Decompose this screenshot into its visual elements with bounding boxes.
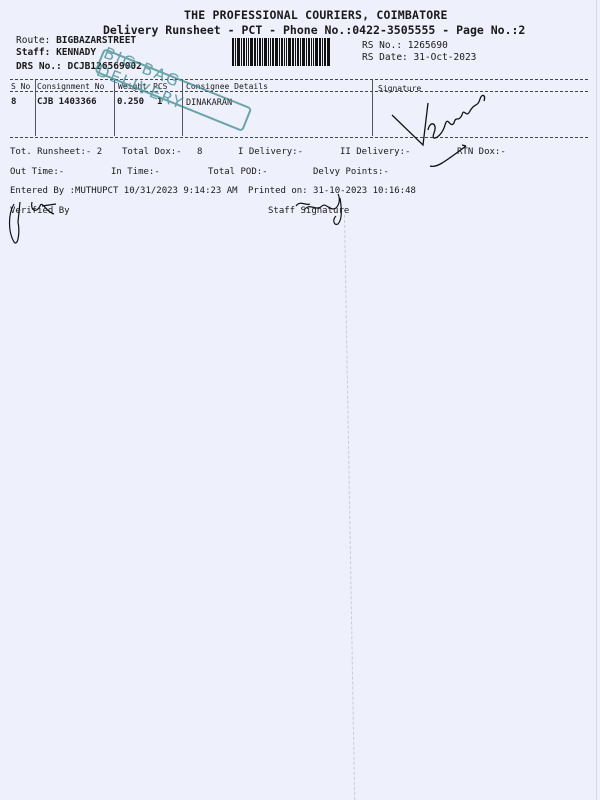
barcode-icon xyxy=(232,38,352,66)
column-divider xyxy=(114,80,115,136)
ii-delivery: II Delivery:- xyxy=(340,147,410,157)
route-line: Route: BIGBAZARSTREET xyxy=(16,35,136,46)
in-time: In Time:- xyxy=(111,167,160,177)
out-time: Out Time:- xyxy=(10,167,64,177)
cell-weight: 0.250 xyxy=(117,97,144,107)
checkmark-icon xyxy=(428,140,468,170)
rs-date: RS Date: 31-Oct-2023 xyxy=(362,52,476,63)
fold-line xyxy=(344,215,355,800)
runsheet-title: Delivery Runsheet - PCT - Phone No.:0422… xyxy=(103,23,525,37)
total-dox-value: 8 xyxy=(197,147,202,157)
cell-sno: 8 xyxy=(11,97,16,107)
col-header-sno: S No xyxy=(11,82,30,91)
verifier-signature-icon xyxy=(6,192,66,252)
column-divider xyxy=(372,80,373,136)
divider xyxy=(10,137,588,138)
staff-signature-icon xyxy=(290,194,350,228)
col-header-consignment: Consignment No xyxy=(37,82,104,91)
staff-label: Staff: xyxy=(16,47,50,58)
cell-consignment: CJB 1403366 xyxy=(37,97,97,107)
route-label: Route: xyxy=(16,35,50,46)
column-divider xyxy=(35,80,36,136)
page-edge xyxy=(596,0,597,800)
total-pod: Total POD:- xyxy=(208,167,268,177)
rs-number: RS No.: 1265690 xyxy=(362,40,448,51)
company-title: THE PROFESSIONAL COURIERS, COIMBATORE xyxy=(184,8,448,22)
total-dox-label: Total Dox:- xyxy=(122,147,182,157)
staff-value: KENNADY xyxy=(56,47,96,58)
i-delivery: I Delivery:- xyxy=(238,147,303,157)
tot-runsheet: Tot. Runsheet:- 2 xyxy=(10,147,102,157)
staff-line: Staff: KENNADY xyxy=(16,47,96,58)
drs-label: DRS No.: xyxy=(16,61,62,72)
divider xyxy=(10,91,588,92)
route-value: BIGBAZARSTREET xyxy=(56,35,136,46)
delvy-points: Delvy Points:- xyxy=(313,167,389,177)
